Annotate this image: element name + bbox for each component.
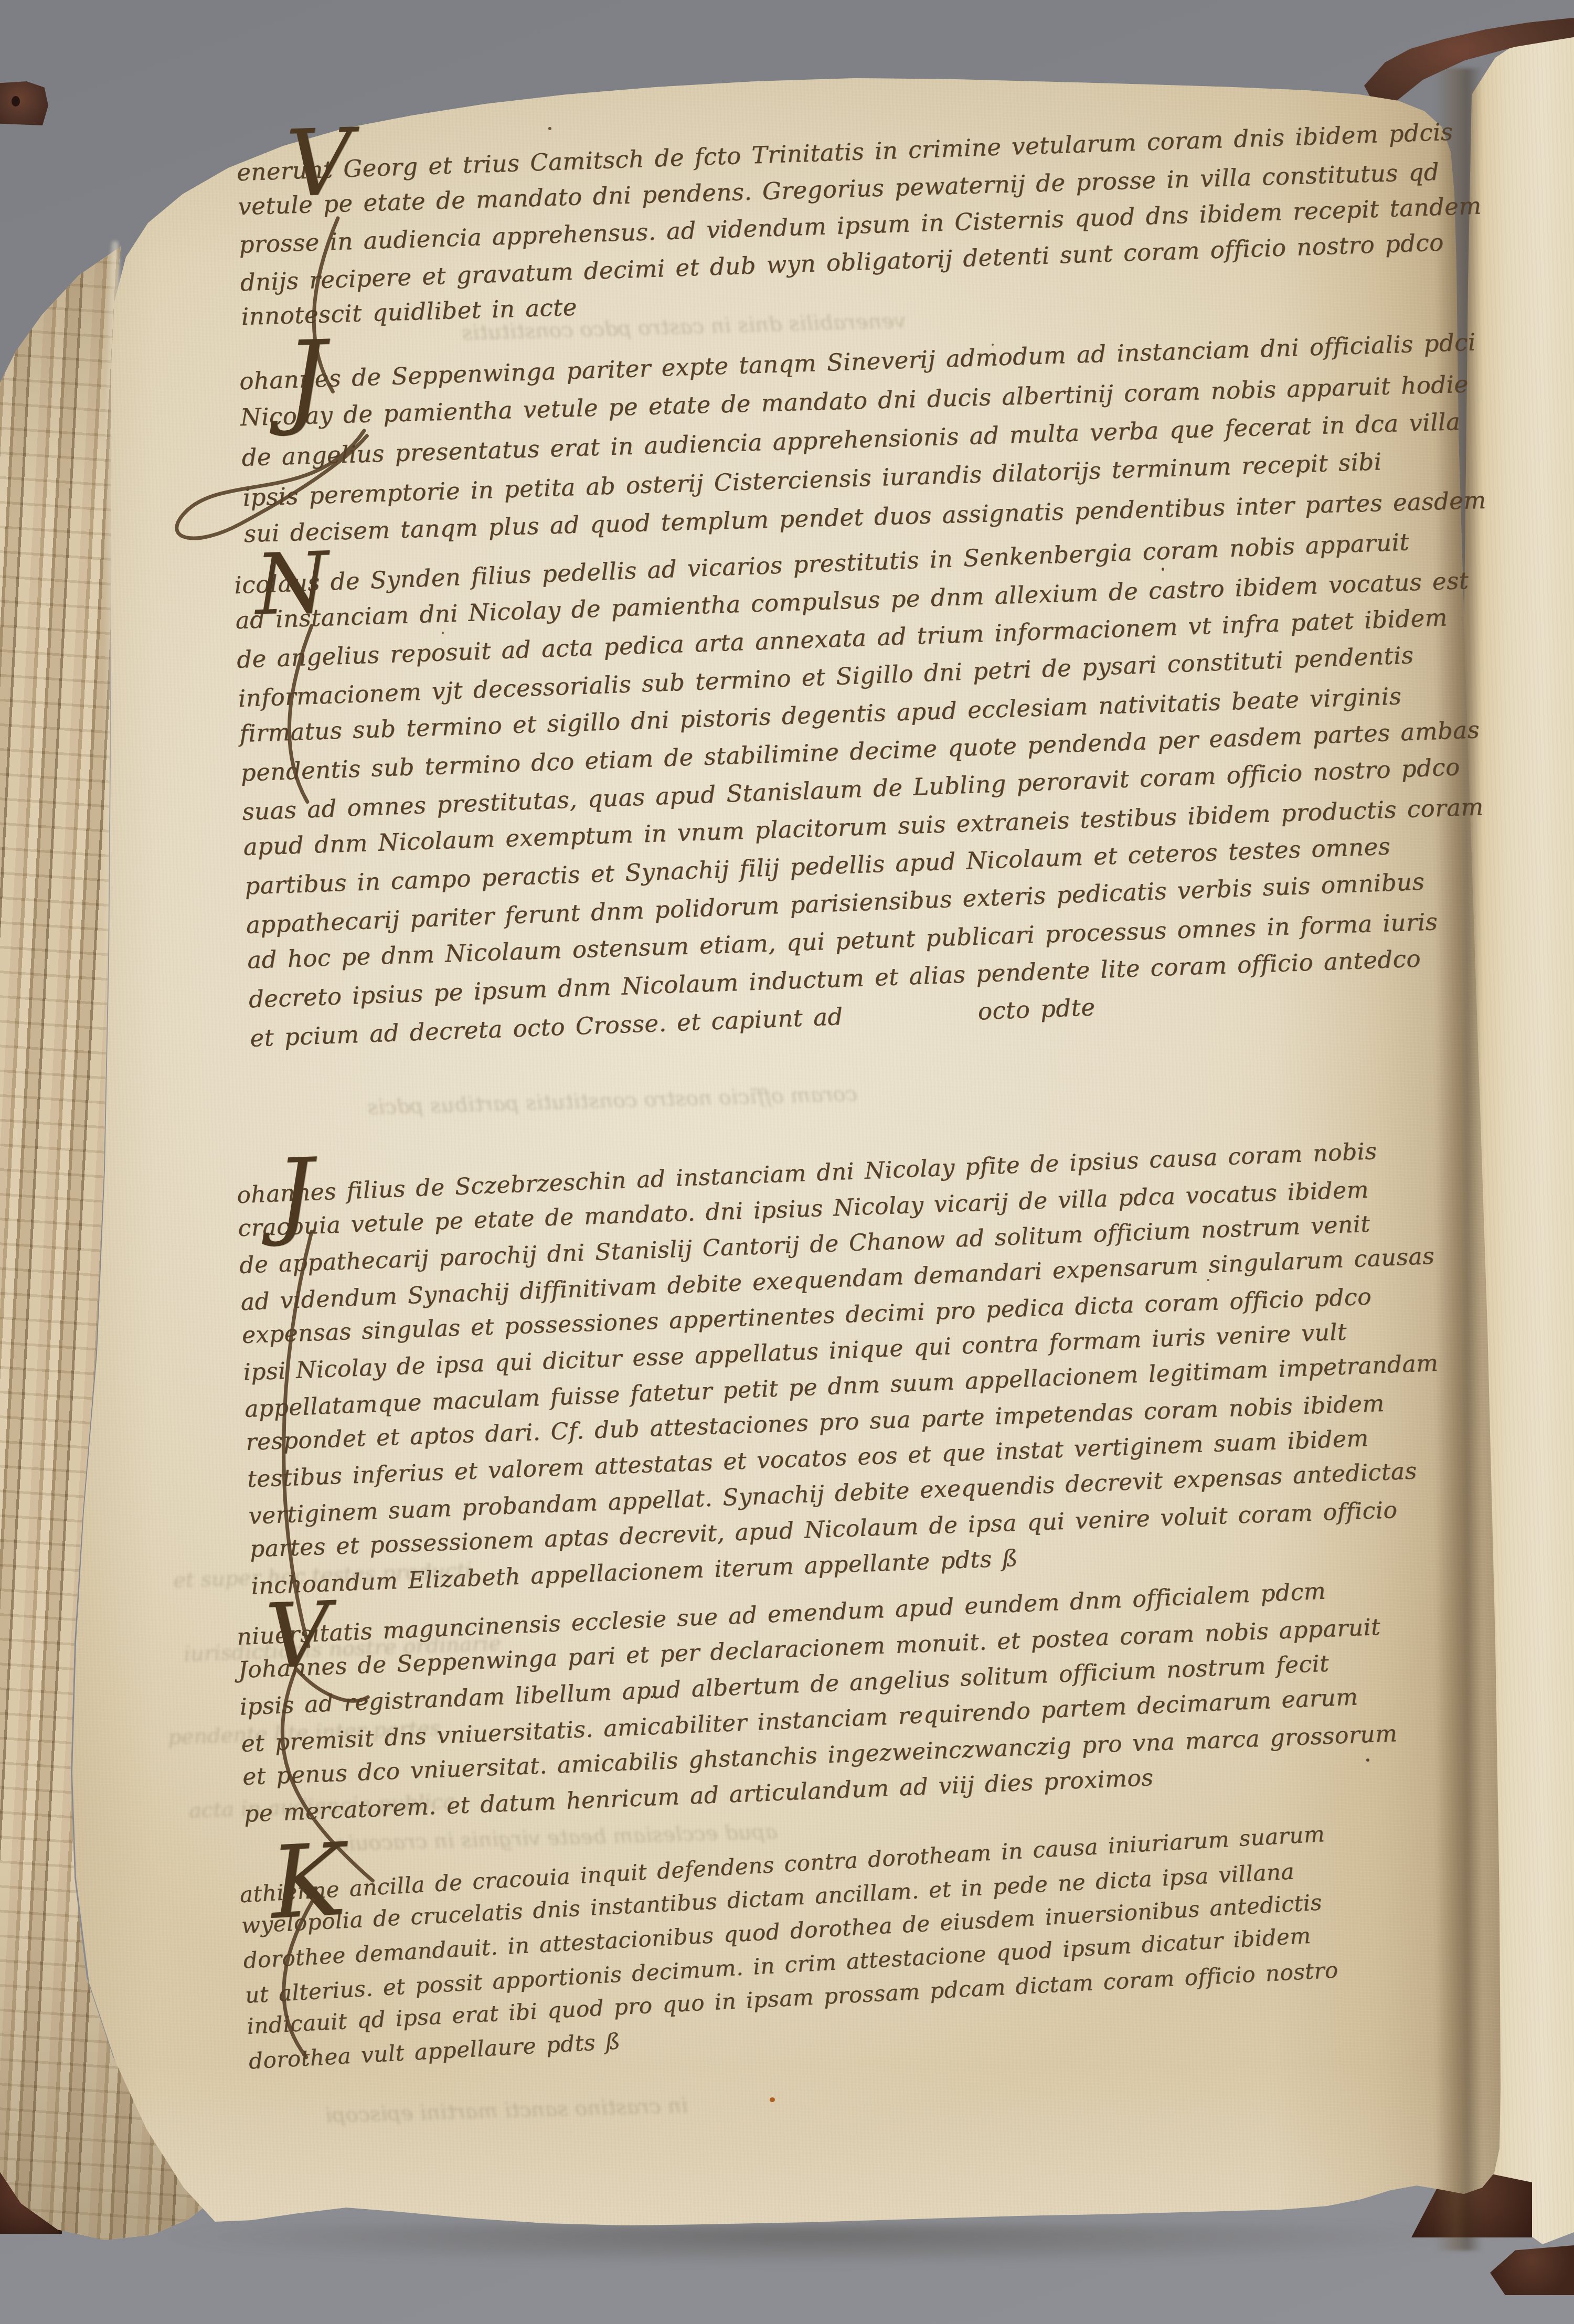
initial-letter: N [254,549,329,619]
recto-initial-fragment: J [1459,21,1462,29]
recto-initial-fragment: N [1459,21,1466,29]
recto-initial-fragment: M [1459,21,1467,29]
ink-speck [1366,1758,1369,1762]
rust-stain [770,2097,775,2102]
initial-letter: V [285,126,354,201]
paragraph-2: J ohannes de Seppenwinga pariter expte t… [239,327,1398,555]
recto-initial-fragment: L [1459,21,1464,29]
ink-speck [548,127,551,130]
initial-letter: J [275,1156,315,1233]
leather-wormhole [12,96,20,106]
leather-cover-top-left [0,81,48,125]
recto-initial-fragment: N [1459,21,1466,29]
text-lines: icolaus de Synden filius pedellis ad vic… [233,525,1404,1056]
recto-initial-fragment: P [1459,21,1464,29]
manuscript-photo: NJNL)MMP3 venerabilis dnis in castro pdc… [0,0,1574,2324]
text-lines: ohannes filius de Sczebrzeschin ad insta… [236,1134,1405,1604]
recto-initial-fragment: ) [1459,21,1462,29]
ink-speck [992,344,994,346]
text-lines: ohannes de Seppenwinga pariter expte tan… [239,327,1398,555]
page-drop-shadow [157,2224,1459,2266]
paragraph-3: N icolaus de Synden filius pedellis ad v… [233,525,1404,1056]
ink-speck [442,632,444,634]
pen-flourish-icon [264,620,328,811]
ink-speck [1162,568,1164,571]
recto-initial-fragment: 3 [1459,21,1464,29]
leather-cover-bottom-right [1490,2245,1574,2295]
pen-flourish-icon [256,1893,333,2070]
paragraph-4: J ohannes filius de Sczebrzeschin ad ins… [236,1134,1405,1604]
initial-letter: J [284,337,328,420]
ink-speck [651,1696,653,1698]
recto-initial-fragment: M [1459,21,1467,29]
ink-speck [1207,1279,1209,1281]
text-lines: enerunt Georg et trius Camitsch de fcto … [236,117,1396,337]
paragraph-1: V enerunt Georg et trius Camitsch de fct… [236,117,1396,337]
